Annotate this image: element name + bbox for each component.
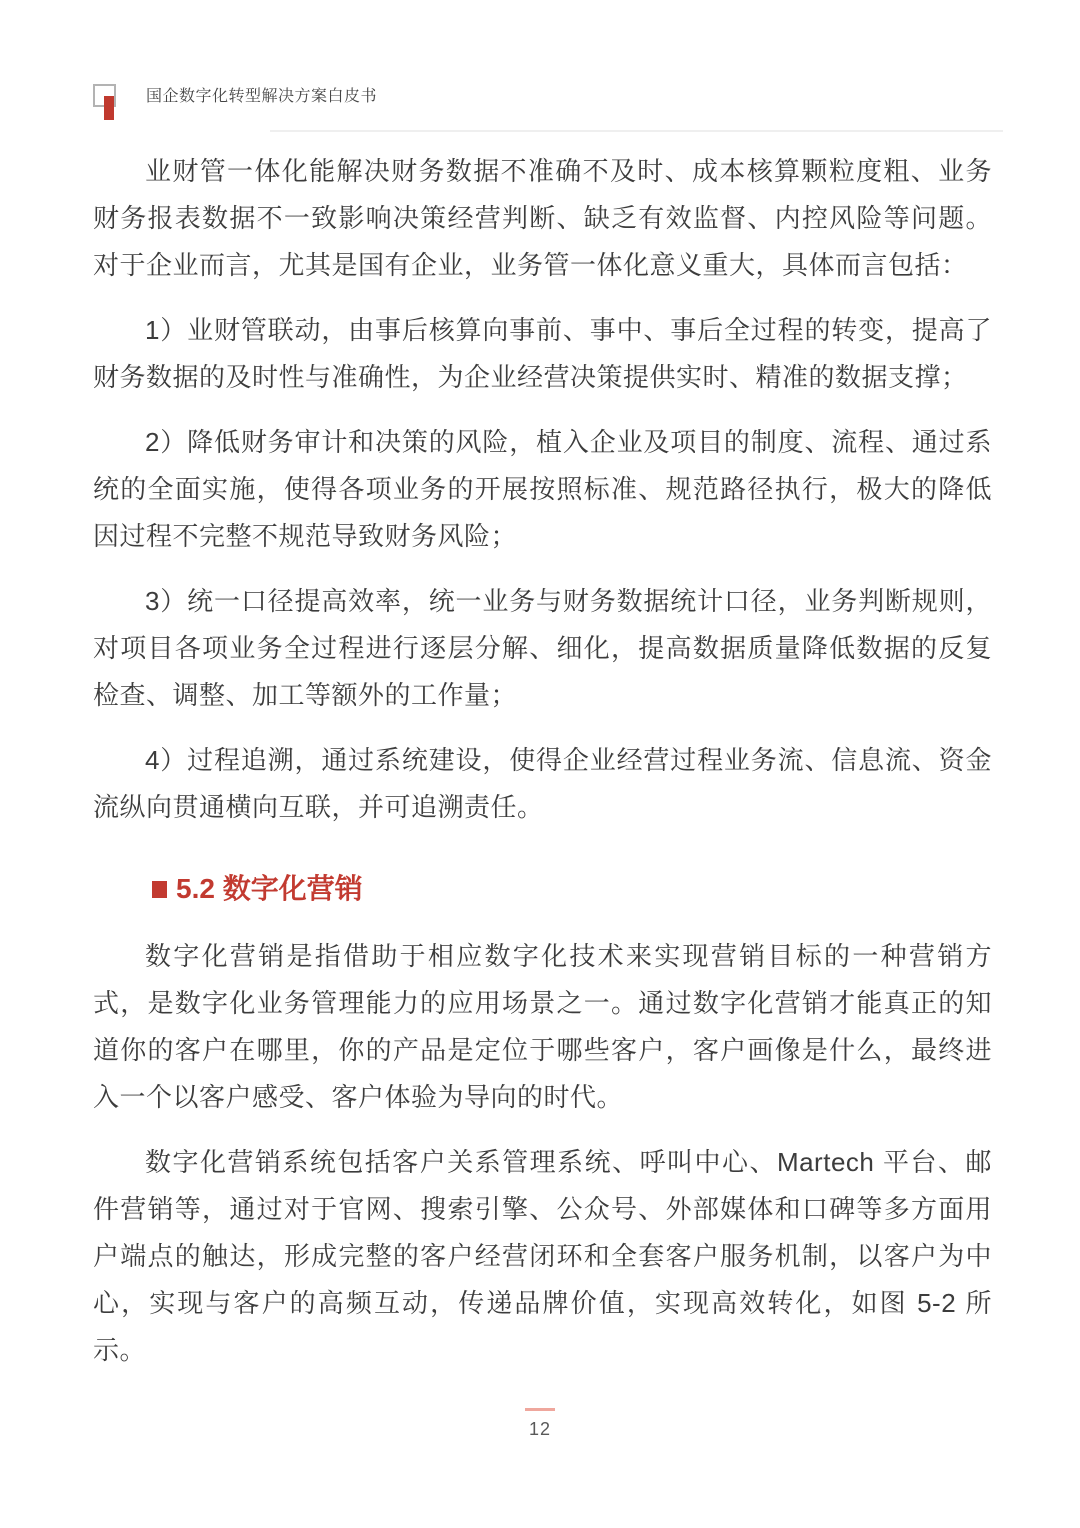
- header-title: 国企数字化转型解决方案白皮书: [146, 87, 377, 107]
- page-number: 12: [529, 1419, 551, 1439]
- footer-rule: [525, 1408, 555, 1411]
- paragraph-intro: 业财管一体化能解决财务数据不准确不及时、成本核算颗粒度粗、业务财务报表数据不一致…: [93, 148, 992, 289]
- page-footer: 12: [0, 1408, 1080, 1440]
- section-bullet-icon: [152, 881, 167, 898]
- main-content: 业财管一体化能解决财务数据不准确不及时、成本核算颗粒度粗、业务财务报表数据不一致…: [93, 148, 992, 1392]
- document-page: 国企数字化转型解决方案白皮书 业财管一体化能解决财务数据不准确不及时、成本核算颗…: [0, 0, 1080, 1528]
- paragraph-marketing-system: 数字化营销系统包括客户关系管理系统、呼叫中心、Martech 平台、邮件营销等，…: [93, 1139, 992, 1374]
- section-heading: 5.2 数字化营销: [93, 869, 992, 909]
- paragraph-point-2: 2）降低财务审计和决策的风险，植入企业及项目的制度、流程、通过系统的全面实施，使…: [93, 419, 992, 560]
- header-divider: [270, 130, 1003, 132]
- brand-logo-red-bar-icon: [104, 96, 114, 120]
- paragraph-point-4: 4）过程追溯，通过系统建设，使得企业经营过程业务流、信息流、资金流纵向贯通横向互…: [93, 737, 992, 831]
- paragraph-marketing-definition: 数字化营销是指借助于相应数字化技术来实现营销目标的一种营销方式，是数字化业务管理…: [93, 933, 992, 1121]
- section-heading-label: 5.2 数字化营销: [176, 869, 363, 909]
- paragraph-point-3: 3）统一口径提高效率，统一业务与财务数据统计口径，业务判断规则，对项目各项业务全…: [93, 578, 992, 719]
- paragraph-point-1: 1）业财管联动，由事后核算向事前、事中、事后全过程的转变，提高了财务数据的及时性…: [93, 307, 992, 401]
